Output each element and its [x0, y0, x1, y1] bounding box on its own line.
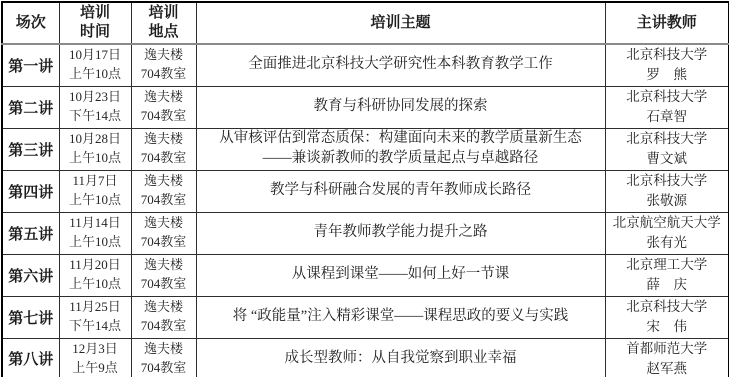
session-cell: 第七讲: [2, 296, 59, 338]
time-cell: 10月23日 下午14点: [59, 86, 131, 128]
location-cell: 逸夫楼 704教室: [131, 86, 196, 128]
table-row: 第八讲 12月3日 上午9点 逸夫楼 704教室 成长型教师：从自我觉察到职业幸…: [2, 338, 729, 377]
table-row: 第五讲 11月14日 上午10点 逸夫楼 704教室 青年教师教学能力提升之路 …: [2, 212, 729, 254]
table-row: 第二讲 10月23日 下午14点 逸夫楼 704教室 教育与科研协同发展的探索 …: [2, 86, 729, 128]
topic-cell: 教育与科研协同发展的探索: [196, 86, 605, 128]
teacher-cell: 北京理工大学 薛 庆: [605, 254, 729, 296]
topic-cell: 全面推进北京科技大学研究性本科教育教学工作: [196, 44, 605, 86]
topic-cell: 青年教师教学能力提升之路: [196, 212, 605, 254]
session-cell: 第五讲: [2, 212, 59, 254]
location-cell: 逸夫楼 704教室: [131, 254, 196, 296]
session-cell: 第八讲: [2, 338, 59, 377]
topic-cell: 将 “政能量”注入精彩课堂——课程思政的要义与实践: [196, 296, 605, 338]
training-schedule-table: 场次 培训 时间 培训 地点 培训主题 主讲教师 第一讲 10月17日 上午10…: [1, 1, 729, 377]
location-cell: 逸夫楼 704教室: [131, 44, 196, 86]
topic-cell: 教学与科研融合发展的青年教师成长路径: [196, 170, 605, 212]
topic-cell: 从课程到课堂——如何上好一节课: [196, 254, 605, 296]
location-cell: 逸夫楼 704教室: [131, 128, 196, 170]
time-cell: 11月25日 下午14点: [59, 296, 131, 338]
teacher-cell: 首都师范大学 赵军燕: [605, 338, 729, 377]
teacher-cell: 北京科技大学 罗 熊: [605, 44, 729, 86]
teacher-cell: 北京科技大学 张敬源: [605, 170, 729, 212]
table-row: 第六讲 11月20日 上午10点 逸夫楼 704教室 从课程到课堂——如何上好一…: [2, 254, 729, 296]
location-cell: 逸夫楼 704教室: [131, 296, 196, 338]
topic-cell: 成长型教师：从自我觉察到职业幸福: [196, 338, 605, 377]
session-cell: 第一讲: [2, 44, 59, 86]
teacher-cell: 北京航空航天大学 张有光: [605, 212, 729, 254]
table-row: 第一讲 10月17日 上午10点 逸夫楼 704教室 全面推进北京科技大学研究性…: [2, 44, 729, 86]
session-cell: 第六讲: [2, 254, 59, 296]
location-cell: 逸夫楼 704教室: [131, 338, 196, 377]
header-session: 场次: [2, 2, 59, 44]
table-row: 第七讲 11月25日 下午14点 逸夫楼 704教室 将 “政能量”注入精彩课堂…: [2, 296, 729, 338]
location-cell: 逸夫楼 704教室: [131, 212, 196, 254]
teacher-cell: 北京科技大学 宋 伟: [605, 296, 729, 338]
time-cell: 11月7日 上午10点: [59, 170, 131, 212]
table-row: 第四讲 11月7日 上午10点 逸夫楼 704教室 教学与科研融合发展的青年教师…: [2, 170, 729, 212]
time-cell: 12月3日 上午9点: [59, 338, 131, 377]
session-cell: 第四讲: [2, 170, 59, 212]
table-row: 第三讲 10月28日 上午10点 逸夫楼 704教室 从审核评估到常态质保：构建…: [2, 128, 729, 170]
time-cell: 10月17日 上午10点: [59, 44, 131, 86]
topic-cell: 从审核评估到常态质保：构建面向未来的教学质量新生态 ——兼谈新教师的教学质量起点…: [196, 128, 605, 170]
time-cell: 11月20日 上午10点: [59, 254, 131, 296]
session-cell: 第三讲: [2, 128, 59, 170]
time-cell: 11月14日 上午10点: [59, 212, 131, 254]
location-cell: 逸夫楼 704教室: [131, 170, 196, 212]
session-cell: 第二讲: [2, 86, 59, 128]
header-row: 场次 培训 时间 培训 地点 培训主题 主讲教师: [2, 2, 729, 44]
header-topic: 培训主题: [196, 2, 605, 44]
header-teacher: 主讲教师: [605, 2, 729, 44]
teacher-cell: 北京科技大学 石章智: [605, 86, 729, 128]
header-time: 培训 时间: [59, 2, 131, 44]
header-location: 培训 地点: [131, 2, 196, 44]
teacher-cell: 北京科技大学 曹文斌: [605, 128, 729, 170]
time-cell: 10月28日 上午10点: [59, 128, 131, 170]
